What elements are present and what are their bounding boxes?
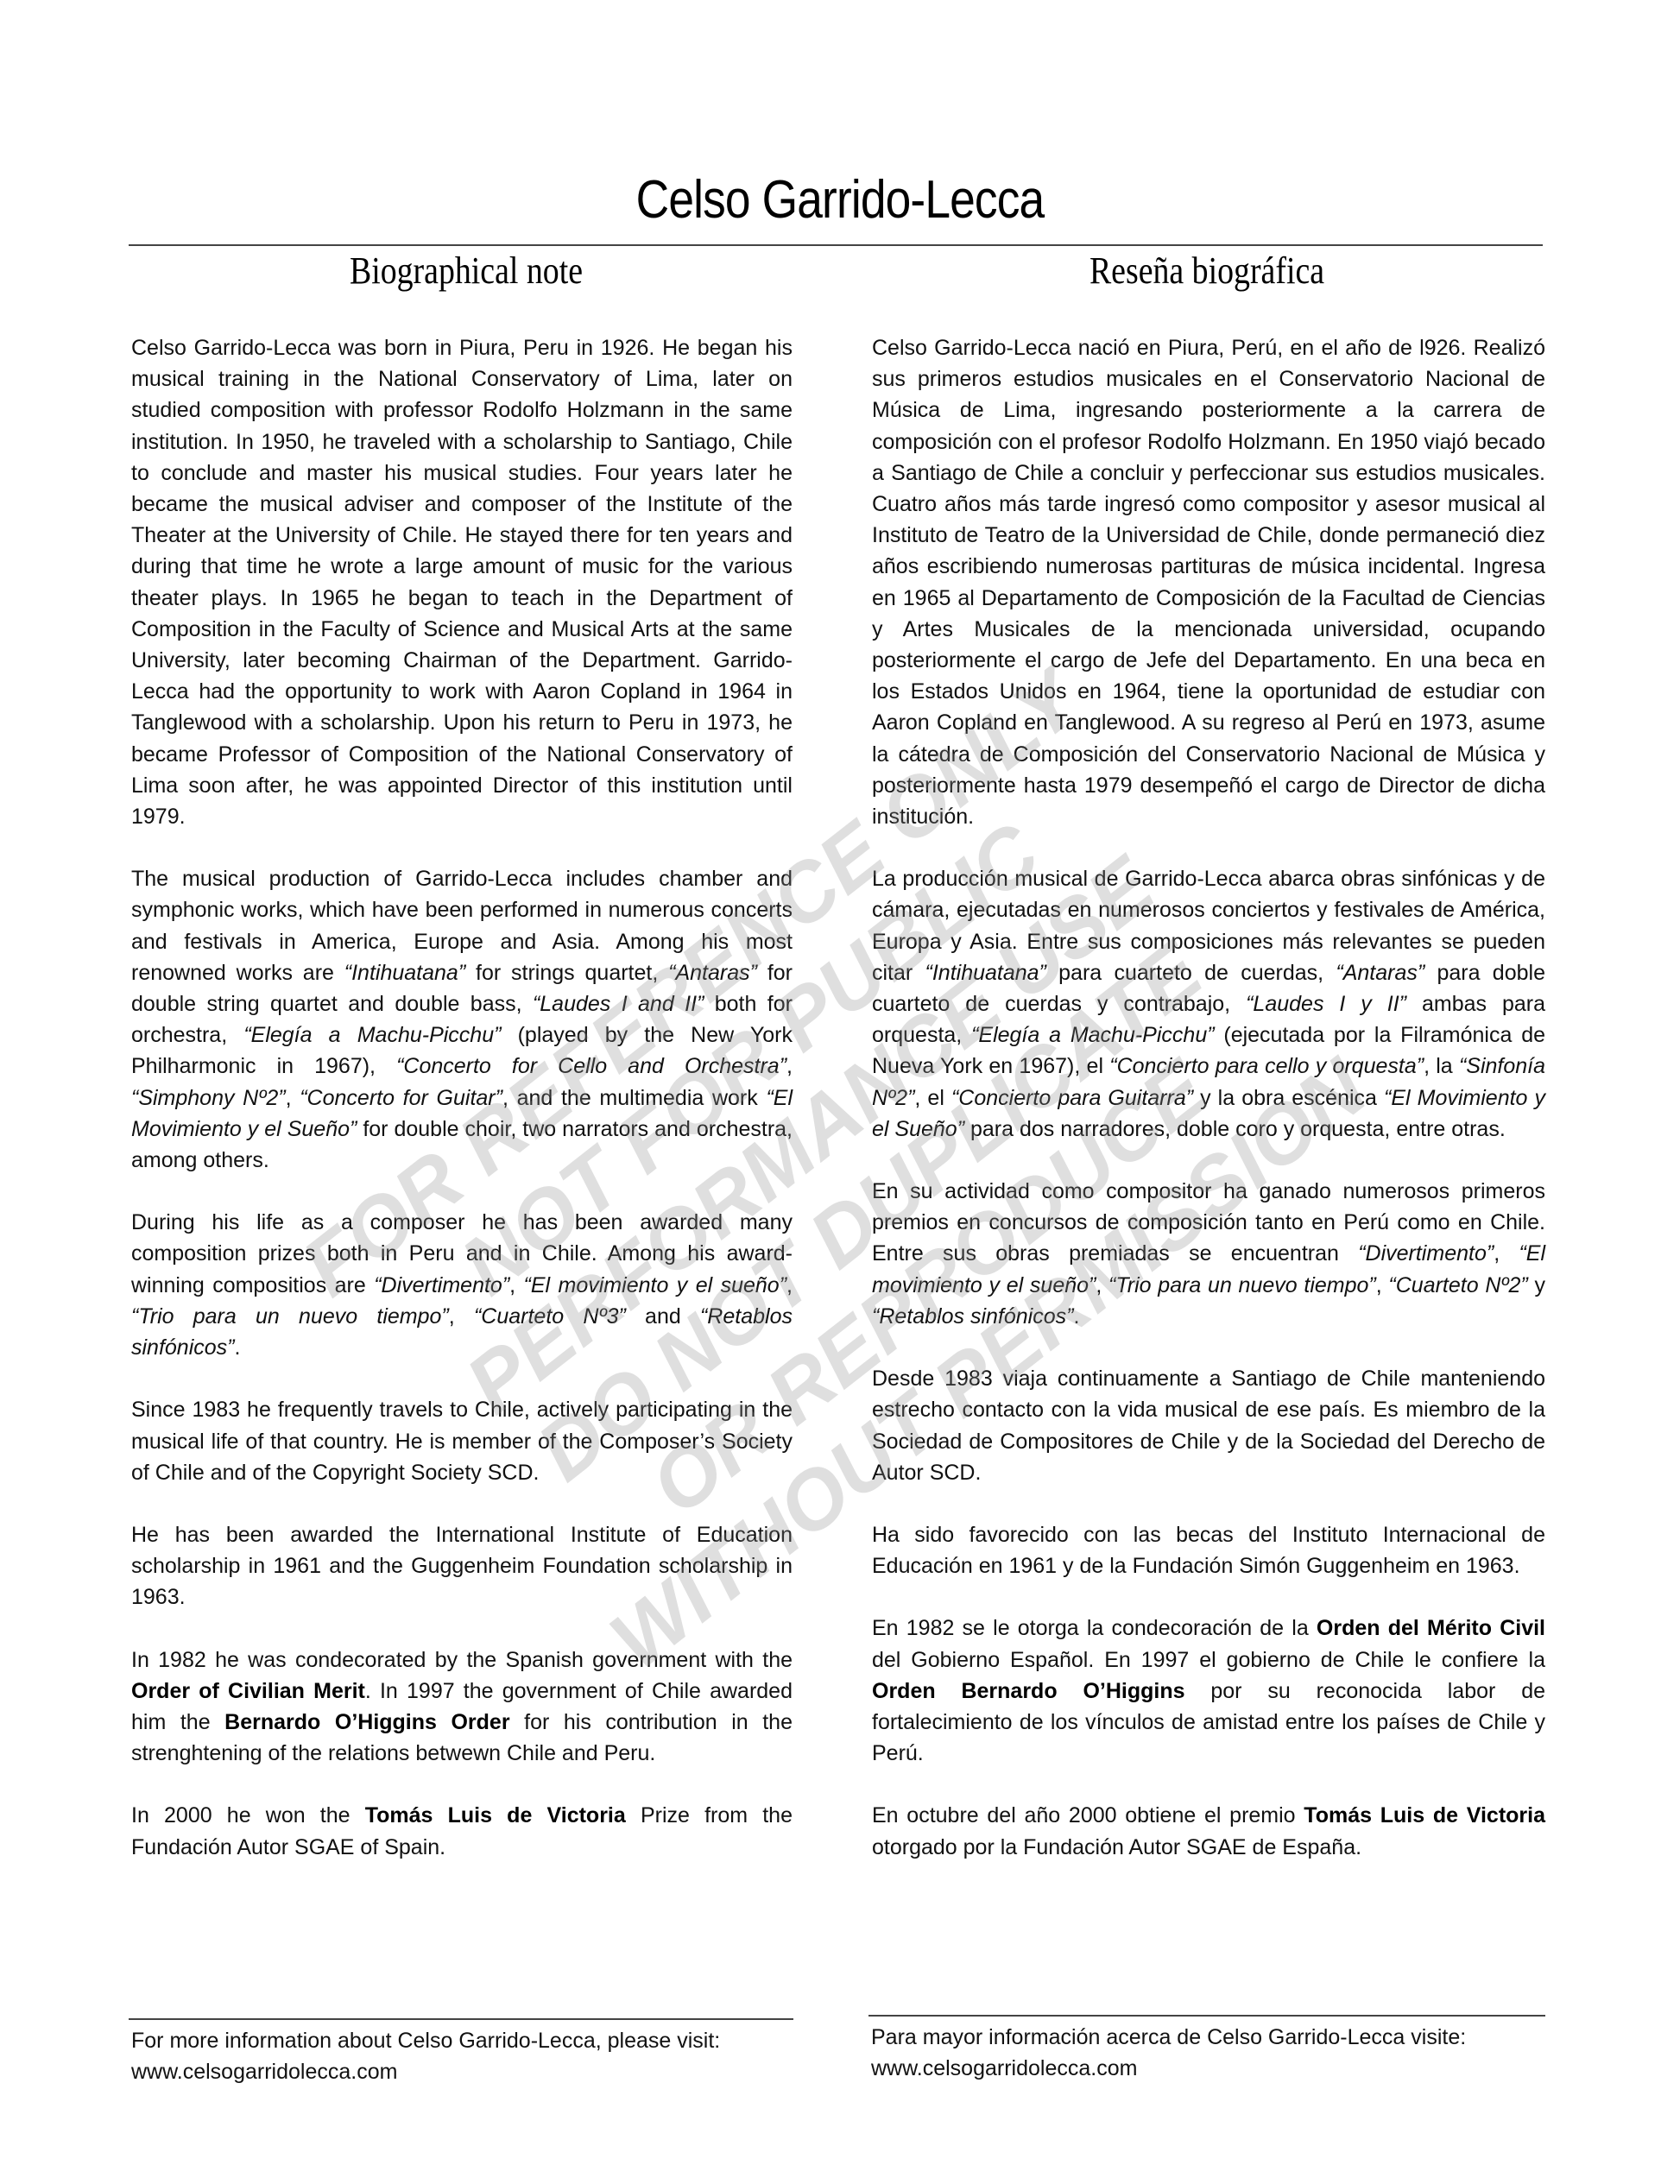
text-run: ,: [1096, 1273, 1108, 1297]
paragraph: La producción musical de Garrido-Lecca a…: [872, 863, 1545, 1145]
paragraph: En octubre del año 2000 obtiene el premi…: [872, 1800, 1545, 1862]
bold-text: Order of Civilian Merit: [131, 1679, 365, 1703]
website-link[interactable]: www.celsogarridolecca.com: [868, 2053, 1545, 2084]
work-title: “Antaras”: [1336, 961, 1424, 985]
footer-divider: [129, 2018, 793, 2020]
bold-text: Bernardo O’Higgins Order: [224, 1710, 509, 1734]
paragraph: The musical production of Garrido-Lecca …: [131, 863, 793, 1176]
text-run: En octubre del año 2000 obtiene el premi…: [872, 1803, 1304, 1827]
text-run: , and the multimedia work: [502, 1086, 766, 1110]
work-title: “Laudes I y II”: [1246, 992, 1406, 1016]
footer-text: Para mayor información acerca de Celso G…: [868, 2022, 1545, 2053]
work-title: “Laudes I and II”: [533, 992, 704, 1016]
work-title: “Trio para un nuevo tiempo”: [1108, 1273, 1376, 1297]
text-run: ,: [286, 1086, 300, 1110]
english-footer: For more information about Celso Garrido…: [129, 2018, 793, 2087]
bold-text: Tomás Luis de Victoria: [365, 1803, 626, 1827]
paragraph: He has been awarded the International In…: [131, 1519, 793, 1613]
paragraph: Celso Garrido-Lecca nació en Piura, Perú…: [872, 332, 1545, 832]
text-run: , la: [1424, 1054, 1459, 1078]
work-title: “Trio para un nuevo tiempo”: [131, 1304, 449, 1329]
bold-text: Orden Bernardo O’Higgins: [872, 1679, 1185, 1703]
paragraph: In 2000 he won the Tomás Luis de Victori…: [131, 1800, 793, 1862]
footer-divider: [868, 2015, 1545, 2017]
work-title: “Divertimento”: [1358, 1241, 1494, 1266]
text-run: Celso Garrido-Lecca was born in Piura, P…: [131, 336, 793, 829]
work-title: “Divertimento”: [374, 1273, 509, 1297]
work-title: “Antaras”: [668, 961, 757, 985]
text-run: y la obra escénica: [1193, 1086, 1384, 1110]
text-run: .: [235, 1335, 241, 1360]
bold-text: Orden del Mérito Civil: [1317, 1616, 1545, 1640]
paragraph: En 1982 se le otorga la condecoración de…: [872, 1613, 1545, 1769]
work-title: “Elegía a Machu-Picchu”: [971, 1023, 1214, 1047]
spanish-heading: Reseña biográfica: [918, 249, 1497, 293]
text-run: and: [626, 1304, 700, 1329]
text-run: Celso Garrido-Lecca nació en Piura, Perú…: [872, 336, 1545, 829]
work-title: “Concerto for Cello and Orchestra”: [396, 1054, 786, 1078]
spanish-footer: Para mayor información acerca de Celso G…: [868, 2015, 1545, 2084]
text-run: ,: [509, 1273, 523, 1297]
text-run: In 1982 he was condecorated by the Spani…: [131, 1648, 793, 1672]
text-run: ,: [786, 1054, 793, 1078]
spanish-column: Celso Garrido-Lecca nació en Piura, Perú…: [872, 332, 1545, 1894]
paragraph: During his life as a composer he has bee…: [131, 1207, 793, 1363]
paragraph: Since 1983 he frequently travels to Chil…: [131, 1394, 793, 1488]
website-link[interactable]: www.celsogarridolecca.com: [129, 2056, 793, 2087]
text-run: In 2000 he won the: [131, 1803, 365, 1827]
work-title: “Concierto para cello y orquesta”: [1109, 1054, 1424, 1078]
work-title: “Intihuatana”: [344, 961, 465, 985]
paragraph: In 1982 he was condecorated by the Spani…: [131, 1644, 793, 1770]
work-title: “Elegía a Machu-Picchu”: [243, 1023, 501, 1047]
text-run: .: [1073, 1304, 1079, 1329]
paragraph: En su actividad como compositor ha ganad…: [872, 1176, 1545, 1332]
work-title: “Intihuatana”: [925, 961, 1046, 985]
work-title: “Concierto para Guitarra”: [951, 1086, 1193, 1110]
paragraph: Celso Garrido-Lecca was born in Piura, P…: [131, 332, 793, 832]
work-title: “Concerto for Guitar”: [300, 1086, 502, 1110]
text-run: y: [1528, 1273, 1545, 1297]
text-run: para dos narradores, doble coro y orques…: [964, 1117, 1506, 1141]
text-run: Since 1983 he frequently travels to Chil…: [131, 1398, 793, 1484]
work-title: “Retablos sinfónicos”: [872, 1304, 1073, 1329]
text-run: ,: [1376, 1273, 1389, 1297]
text-run: He has been awarded the International In…: [131, 1523, 793, 1609]
footer-text: For more information about Celso Garrido…: [129, 2025, 793, 2056]
page-title: Celso Garrido-Lecca: [117, 169, 1563, 230]
text-run: ,: [449, 1304, 474, 1329]
text-run: Ha sido favorecido con las becas del Ins…: [872, 1523, 1545, 1578]
bold-text: Tomás Luis de Victoria: [1304, 1803, 1545, 1827]
text-run: , el: [914, 1086, 951, 1110]
text-run: Desde 1983 viaja continuamente a Santiag…: [872, 1367, 1545, 1485]
work-title: “El movimiento y el sueño”: [524, 1273, 786, 1297]
text-run: para cuarteto de cuerdas,: [1046, 961, 1336, 985]
english-heading: Biographical note: [177, 249, 756, 293]
paragraph: Desde 1983 viaja continuamente a Santiag…: [872, 1363, 1545, 1488]
text-run: ,: [1494, 1241, 1519, 1266]
work-title: “Simphony Nº2”: [131, 1086, 286, 1110]
text-run: otorgado por la Fundación Autor SGAE de …: [872, 1835, 1361, 1859]
text-run: for strings quartet,: [465, 961, 668, 985]
text-run: En 1982 se le otorga la condecoración de…: [872, 1616, 1317, 1640]
paragraph: Ha sido favorecido con las becas del Ins…: [872, 1519, 1545, 1581]
work-title: “Cuarteto Nº2”: [1388, 1273, 1527, 1297]
title-divider: [129, 244, 1543, 246]
text-run: ,: [786, 1273, 793, 1297]
text-run: del Gobierno Español. En 1997 el gobiern…: [872, 1648, 1545, 1672]
work-title: “Cuarteto Nº3”: [474, 1304, 626, 1329]
english-column: Celso Garrido-Lecca was born in Piura, P…: [131, 332, 793, 1894]
